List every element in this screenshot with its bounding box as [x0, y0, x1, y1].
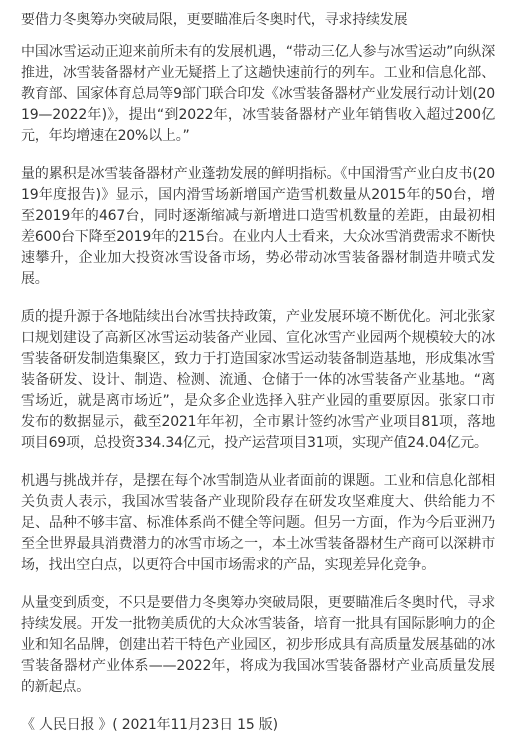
article-body: 要借力冬奥筹办突破局限，更要瞄准后冬奥时代，寻求持续发展 中国冰雪运动正迎来前所… — [21, 10, 495, 660]
paragraph-quality: 质的提升源于各地陆续出台冰雪扶持政策，产业发展环境不断优化。河北张家口规划建设了… — [21, 307, 495, 454]
article-subtitle: 要借力冬奥筹办突破局限，更要瞄准后冬奥时代，寻求持续发展 — [21, 10, 495, 31]
paragraph-conclusion: 从量变到质变，不只是要借力冬奥筹办突破局限，更要瞄准后冬奥时代，寻求持续发展。开… — [21, 593, 495, 660]
paragraph-challenges: 机遇与挑战并存，是摆在每个冰雪制造从业者面前的课题。工业和信息化部相关负责人表示… — [21, 471, 495, 576]
paragraph-opportunity: 中国冰雪运动正迎来前所未有的发展机遇，“带动三亿人参与冰雪运动”向纵深推进，冰雪… — [21, 42, 495, 147]
paragraph-quantity: 量的累积是冰雪装备器材产业蓬勃发展的鲜明指标。《中国滑雪产业白皮书(2019年度… — [21, 164, 495, 290]
